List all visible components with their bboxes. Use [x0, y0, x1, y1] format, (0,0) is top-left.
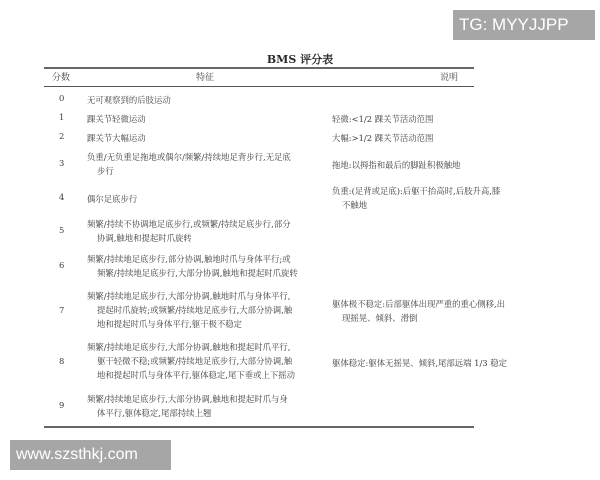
- feature-cell: 频繁/持续地足底步行,部分协调,触地时爪与身体平行;或 频繁/持续地足底步行,大…: [87, 252, 329, 280]
- watermark-bottom: www.szsthkj.com: [10, 440, 171, 470]
- score-cell: 0: [59, 93, 69, 103]
- description-cell: 负重:(足背或足底):后躯干抬高时,后肢升高,膝 不触地: [332, 184, 542, 212]
- feature-cell: 负重/无负重足拖地或偶尔/频繁/持续地足背步行,无足底 步行: [87, 150, 329, 178]
- description-cell: 大幅:>1/2 踝关节活动范围: [332, 131, 542, 145]
- feature-line: 负重/无负重足拖地或偶尔/频繁/持续地足背步行,无足底: [87, 150, 329, 164]
- table-title: BMS 评分表: [0, 51, 600, 67]
- feature-line: 频繁/持续地足底步行,大部分协调,触地和提起时爪旋转: [87, 266, 329, 280]
- feature-cell: 频繁/持续地足底步行,大部分协调,触地时爪与身体平行, 提起时爪旋转;或频繁/持…: [87, 289, 329, 331]
- table-bottom-rule: [44, 426, 474, 428]
- feature-cell: 踝关节大幅运动: [87, 131, 329, 145]
- score-cell: 3: [59, 158, 69, 168]
- feature-cell: 频繁/持续不协调地足底步行,或频繁/持续足底步行,部分 协调,触地和提起时爪旋转: [87, 217, 329, 245]
- score-cell: 5: [59, 225, 69, 235]
- description-line: 现摇晃、倾斜、滑倒: [332, 311, 542, 325]
- feature-line: 频繁/持续地足底步行,部分协调,触地时爪与身体平行;或: [87, 252, 329, 266]
- score-cell: 8: [59, 356, 69, 366]
- feature-cell: 频繁/持续地足底步行,大部分协调,触地和提起时爪与身 体平行,躯体稳定,尾部持续…: [87, 392, 329, 420]
- feature-line: 协调,触地和提起时爪旋转: [87, 231, 329, 245]
- table-header-rule: [44, 86, 474, 87]
- header-description: 说明: [440, 70, 458, 83]
- feature-line: 踝关节大幅运动: [87, 133, 146, 143]
- score-cell: 4: [59, 192, 69, 202]
- description-line: 轻微:<1/2 踝关节活动范围: [332, 114, 433, 124]
- feature-line: 频繁/持续地足底步行,大部分协调,触地和提起时爪与身: [87, 392, 329, 406]
- score-cell: 2: [59, 131, 69, 141]
- feature-line: 地和提起时爪与身体平行,躯干极不稳定: [87, 317, 329, 331]
- score-cell: 9: [59, 400, 69, 410]
- feature-line: 体平行,躯体稳定,尾部持续上翘: [87, 406, 329, 420]
- feature-line: 提起时爪旋转;或频繁/持续地足底步行,大部分协调,触: [87, 303, 329, 317]
- score-cell: 7: [59, 305, 69, 315]
- feature-line: 躯干轻微不稳;或频繁/持续地足底步行,大部分协调,触: [87, 354, 329, 368]
- description-line: 躯体稳定:躯体无摇晃、倾斜,尾部远端 1/3 稳定: [332, 358, 507, 368]
- description-line: 不触地: [332, 198, 542, 212]
- feature-line: 步行: [87, 164, 329, 178]
- feature-line: 频繁/持续地足底步行,大部分协调,触地和提起时爪平行,: [87, 340, 329, 354]
- score-cell: 1: [59, 112, 69, 122]
- feature-cell: 偶尔足底步行: [87, 192, 329, 206]
- feature-cell: 踝关节轻微运动: [87, 112, 329, 126]
- feature-line: 频繁/持续不协调地足底步行,或频繁/持续足底步行,部分: [87, 217, 329, 231]
- description-line: 拖地:以拇指和最后的脚趾积极触地: [332, 160, 460, 170]
- feature-line: 地和提起时爪与身体平行,躯体稳定,尾下垂或上下摇动: [87, 368, 329, 382]
- description-line: 躯体极不稳定:后部躯体出现严重的重心侧移,出: [332, 297, 542, 311]
- description-cell: 拖地:以拇指和最后的脚趾积极触地: [332, 158, 542, 172]
- feature-cell: 频繁/持续地足底步行,大部分协调,触地和提起时爪平行, 躯干轻微不稳;或频繁/持…: [87, 340, 329, 382]
- description-cell: 轻微:<1/2 踝关节活动范围: [332, 112, 542, 126]
- description-line: 负重:(足背或足底):后躯干抬高时,后肢升高,膝: [332, 184, 542, 198]
- feature-line: 无可观察到的后肢运动: [87, 95, 171, 105]
- feature-cell: 无可观察到的后肢运动: [87, 93, 329, 107]
- description-line: 大幅:>1/2 踝关节活动范围: [332, 133, 433, 143]
- header-score: 分数: [52, 70, 70, 83]
- header-feature: 特征: [196, 70, 214, 83]
- score-cell: 6: [59, 260, 69, 270]
- table-top-rule: [44, 67, 474, 69]
- watermark-top: TG: MYYJJPP: [453, 10, 595, 40]
- feature-line: 踝关节轻微运动: [87, 114, 146, 124]
- description-cell: 躯体稳定:躯体无摇晃、倾斜,尾部远端 1/3 稳定: [332, 356, 542, 370]
- feature-line: 频繁/持续地足底步行,大部分协调,触地时爪与身体平行,: [87, 289, 329, 303]
- feature-line: 偶尔足底步行: [87, 194, 137, 204]
- description-cell: 躯体极不稳定:后部躯体出现严重的重心侧移,出 现摇晃、倾斜、滑倒: [332, 297, 542, 325]
